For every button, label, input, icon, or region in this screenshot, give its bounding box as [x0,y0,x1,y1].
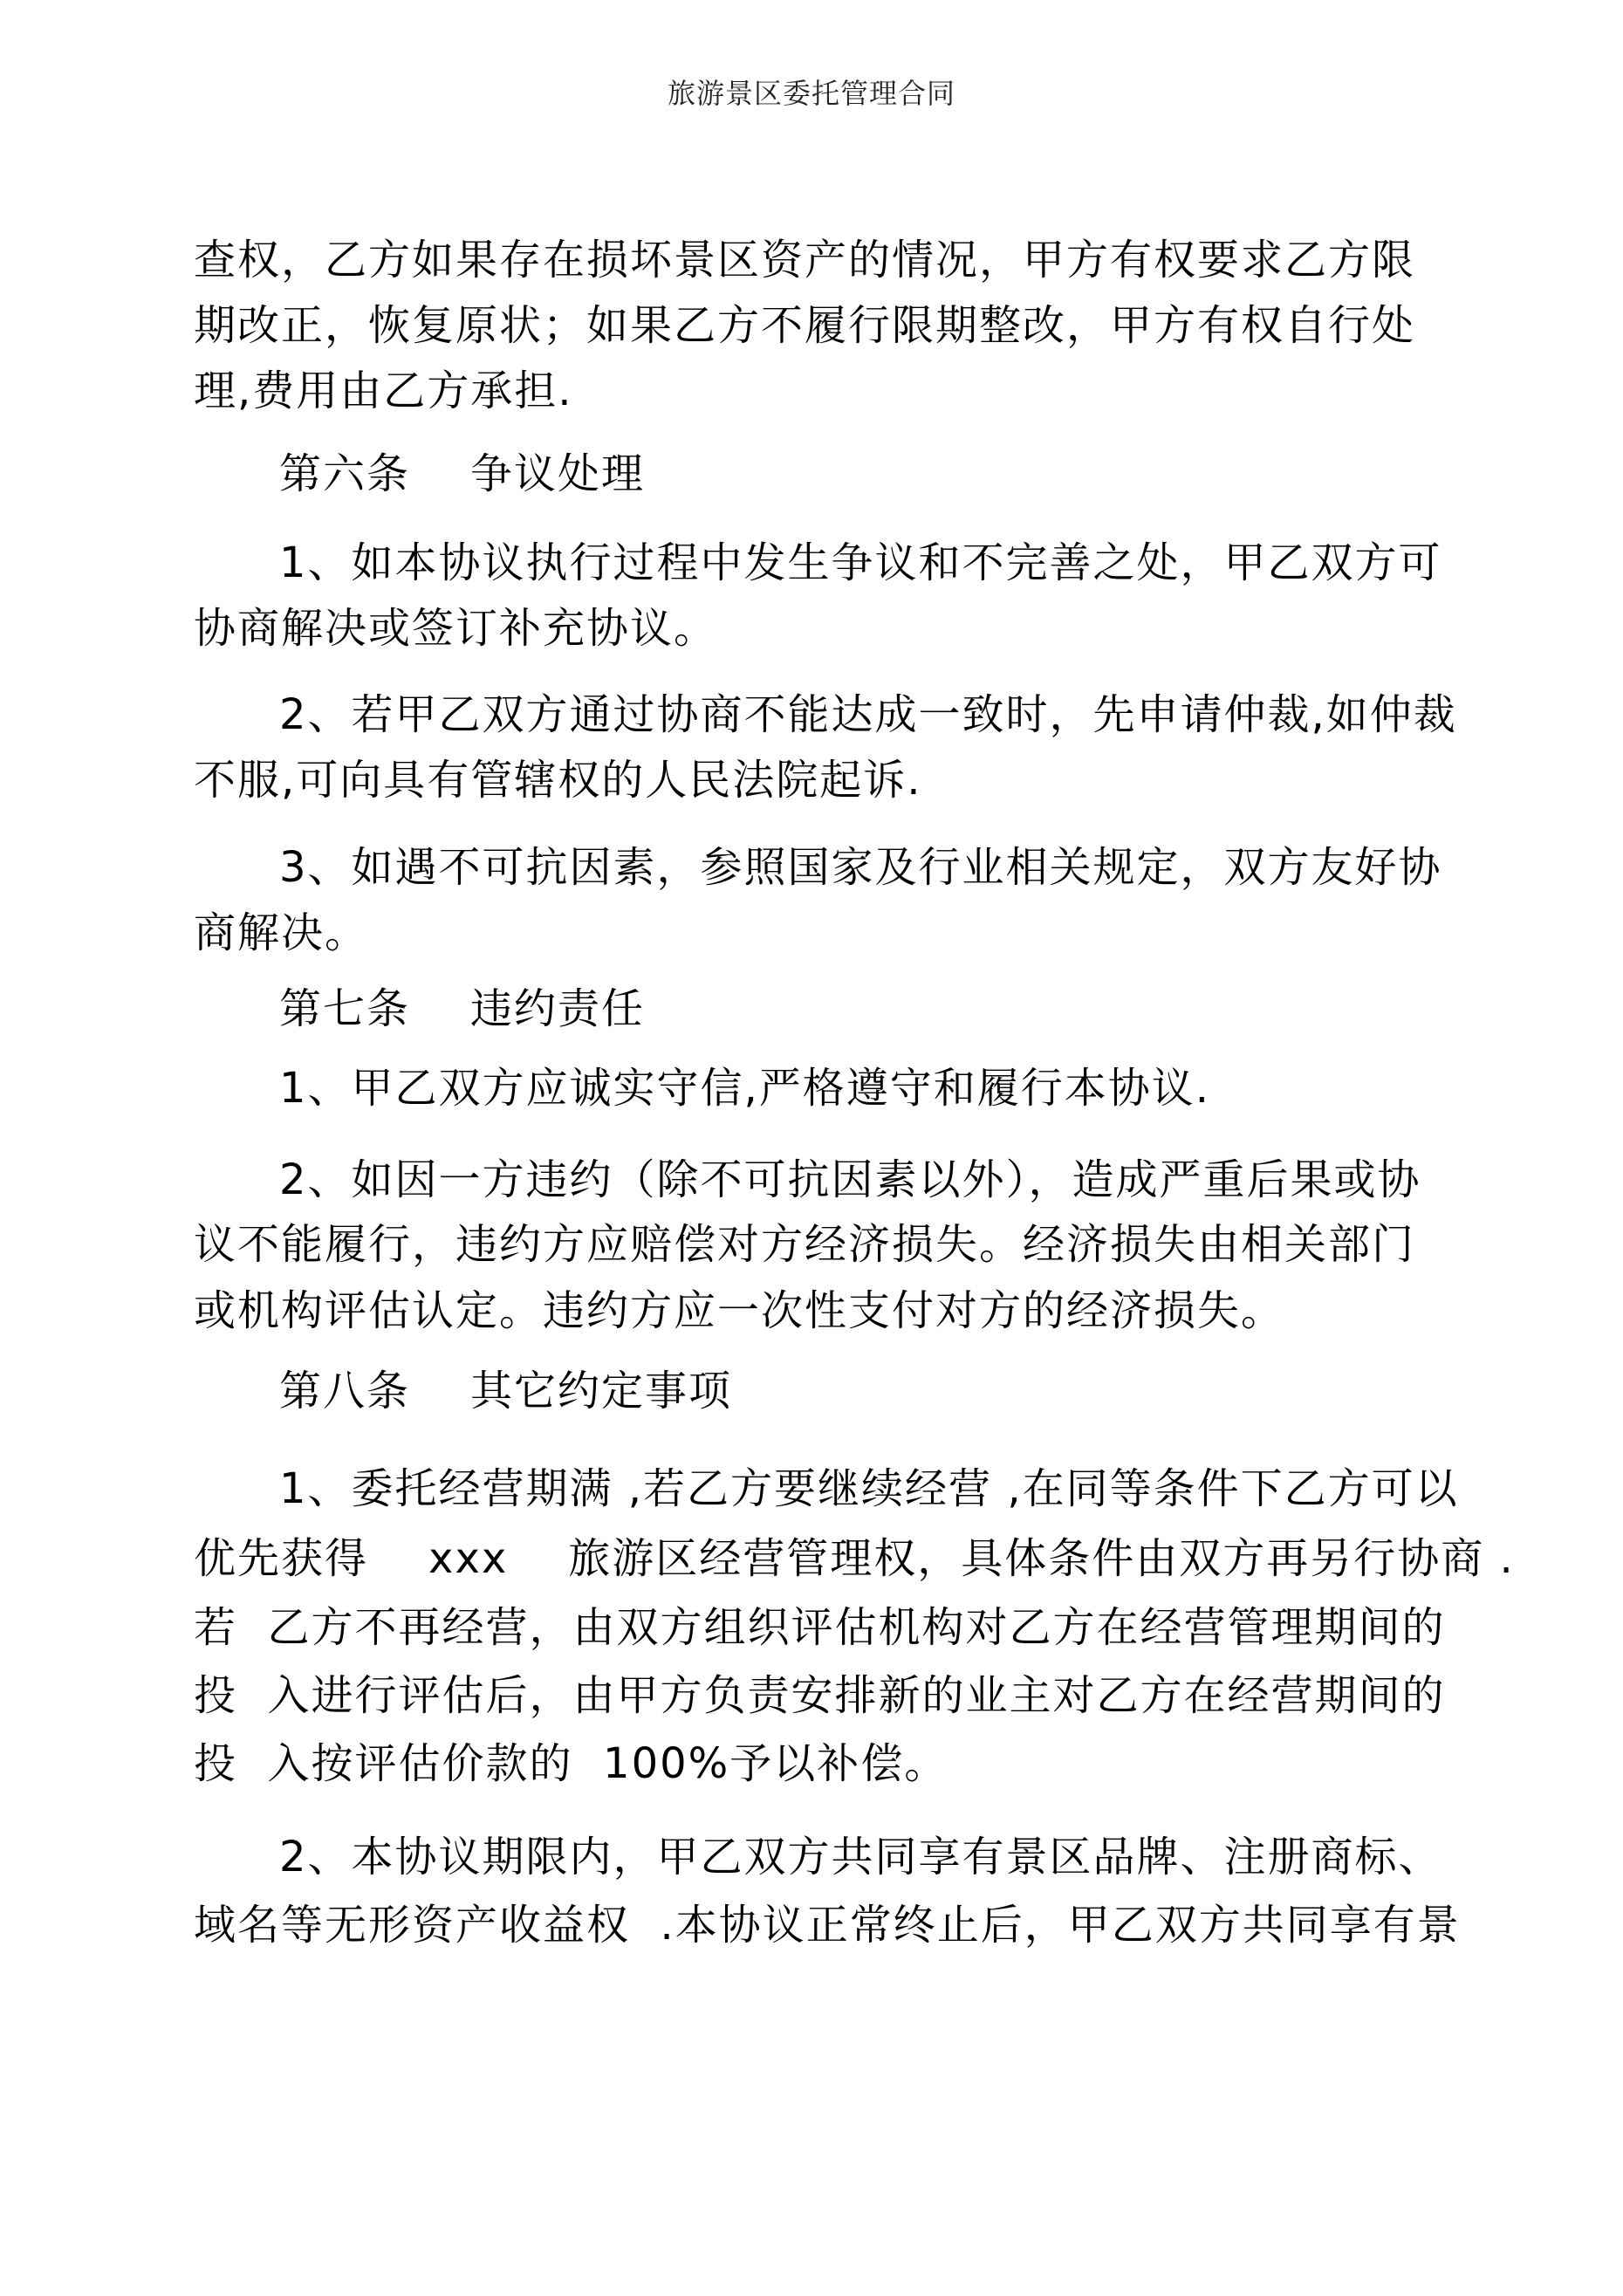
body-line: 3、如遇不可抗因素，参照国家及行业相关规定，双方友好协 [279,841,1442,894]
body-line: 查权，乙方如果存在损坏景区资产的情况，甲方有权要求乙方限 [194,234,1415,286]
body-line: 不服,可向具有管辖权的人民法院起诉. [194,754,922,806]
body-line: 2、如因一方违约（除不可抗因素以外），造成严重后果或协 [279,1154,1421,1206]
body-line: 投 入按评估价款的 100%予以补偿。 [194,1737,948,1790]
section-heading-article-7: 第七条 违约责任 [279,983,645,1035]
body-line: 1、甲乙双方应诚实守信,严格遵守和履行本协议. [279,1062,1210,1114]
body-line: 议不能履行，违约方应赔偿对方经济损失。经济损失由相关部门 [194,1218,1415,1271]
body-line: 域名等无形资产收益权 .本协议正常终止后，甲乙双方共同享有景 [194,1899,1461,1951]
body-line: 投 入进行评估后，由甲方负责安排新的业主对乙方在经营期间的 [194,1669,1446,1722]
body-line: 2、本协议期限内，甲乙双方共同享有景区品牌、注册商标、 [279,1831,1442,1883]
body-line: 或机构评估认定。违约方应一次性支付对方的经济损失。 [194,1285,1284,1337]
body-line: 期改正，恢复原状；如果乙方不履行限期整改，甲方有权自行处 [194,299,1415,352]
page-header-title: 旅游景区委托管理合同 [0,72,1623,112]
body-line: 1、如本协议执行过程中发生争议和不完善之处，甲乙双方可 [279,537,1442,589]
body-line: 2、若甲乙双方通过协商不能达成一致时，先申请仲裁,如仲裁 [279,689,1457,741]
body-line: 优先获得 xxx 旅游区经营管理权，具体条件由双方再另行协商 . [194,1532,1515,1585]
section-heading-article-8: 第八条 其它约定事项 [279,1365,732,1417]
body-line: 理,费用由乙方承担. [194,365,573,417]
section-heading-article-6: 第六条 争议处理 [279,448,645,500]
body-line: 协商解决或签订补充协议。 [194,602,717,655]
body-line: 1、委托经营期满 ,若乙方要继续经营 ,在同等条件下乙方可以 [279,1463,1459,1515]
body-line: 若 乙方不再经营，由双方组织评估机构对乙方在经营管理期间的 [194,1601,1446,1654]
body-line: 商解决。 [194,907,368,959]
